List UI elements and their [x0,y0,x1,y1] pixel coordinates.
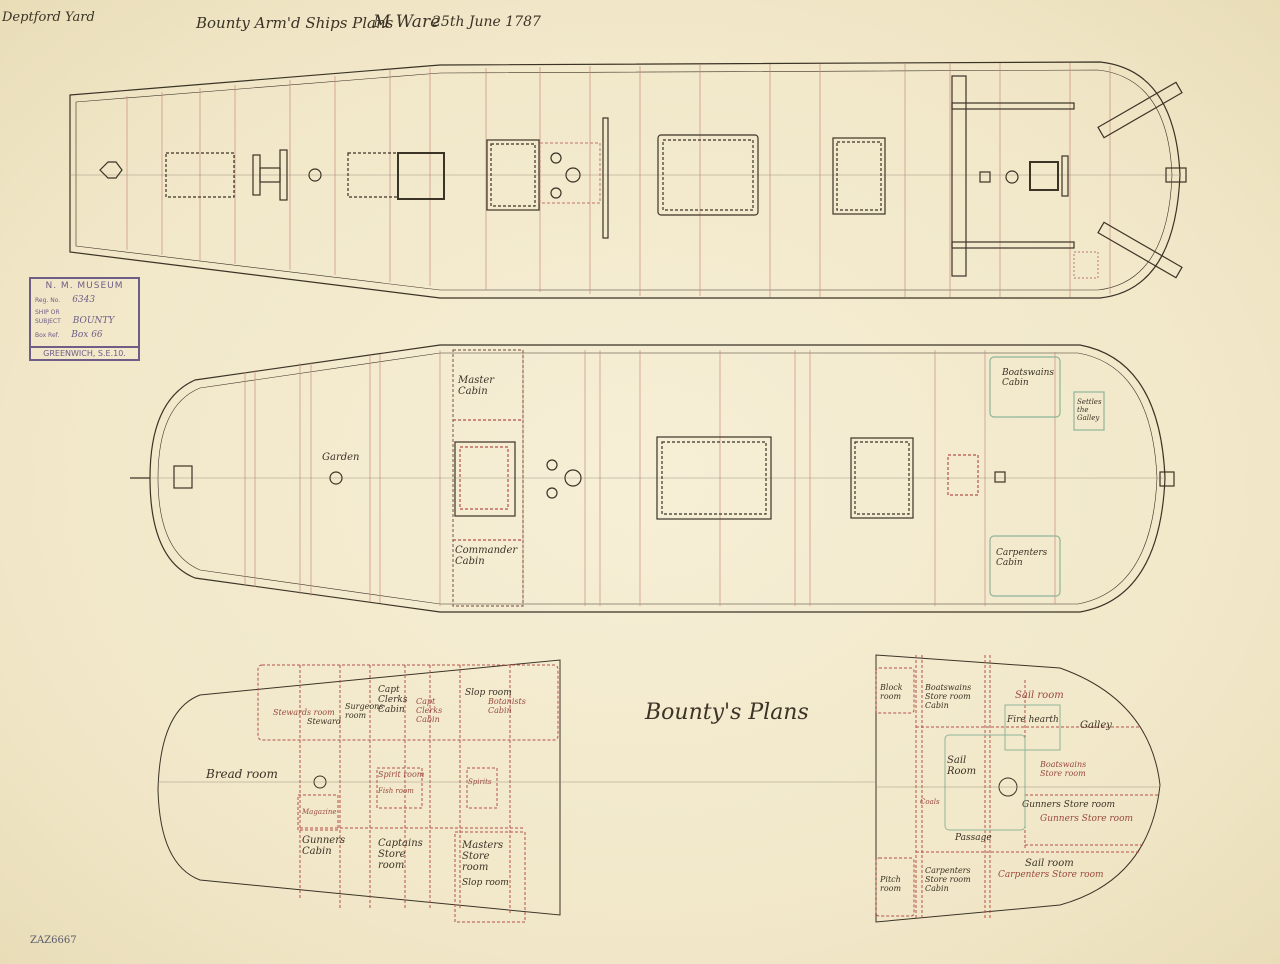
gunners-store-room-label: Gunners Store room [1022,800,1115,810]
passage-label: Passage [955,833,992,843]
carpenters-store-label: Carpenters Store room [998,870,1104,880]
catalogue-number: ZAZ6667 [30,935,77,946]
stamp-location: GREENWICH, S.E.10. [29,346,140,361]
stamp-reg-value: 6343 [72,295,95,305]
carpenters-store-room-label: Carpenters Store room Cabin [925,866,980,893]
museum-stamp: N. M. MUSEUM Reg. No.6343 SHIP OR SUBJEC… [29,277,140,361]
sail-room-low-label: Sail room [1025,858,1074,869]
boatswain-cabin-label: Boatswains Cabin [1002,368,1047,388]
stamp-ship-value: BOUNTY [73,316,115,326]
captains-store-room-label: Captains Store room [378,838,433,871]
sail-room-top-label: Sail room [1015,690,1064,701]
stamp-ship-label: SHIP OR SUBJECT [35,309,61,325]
signature: M Ware [373,12,440,32]
coals-label: Coals [920,798,940,806]
steward-room-label: Stewards room [273,708,335,717]
stamp-museum: N. M. MUSEUM [31,281,138,291]
stamp-box-value: Box 66 [71,330,102,340]
master-cabin-label: Master Cabin [458,375,498,397]
galley-label: Settles the Galley [1077,398,1105,422]
boatswains-store-room-label: Boatswains Store room Cabin [925,683,980,710]
spirits-label: Spirits [468,778,492,786]
gunners-cabin-label: Gunners Cabin [302,835,342,857]
stamp-reg-label: Reg. No. [35,297,60,304]
fire-hearth-label: Fire hearth [1007,715,1059,725]
capt-clerks-cabin-label-2: Capt Clerks Cabin [416,697,456,724]
stamp-box-label: Box Ref. [35,332,59,339]
sail-room-label: Sail Room [947,755,982,777]
date-label: 25th June 1787 [432,14,541,30]
bread-room-label: Bread room [206,767,278,781]
galley-label-hold: Galley [1080,720,1112,731]
block-room-label: Block room [880,683,912,701]
garden-label: Garden [322,452,360,463]
carpenter-cabin-label: Carpenters Cabin [996,548,1041,568]
bountys-plans-title: Bounty's Plans [645,700,809,725]
steward-label: Steward [307,717,341,726]
yard-label: Deptford Yard [2,10,95,25]
boatswains-store-label: Boatswains Store room [1040,760,1100,778]
slop-room-label-2: Slop room [462,878,509,888]
gunners-store-room-label-2: Gunners Store room [1040,814,1133,824]
upper-deck-plan [70,62,1186,298]
spirit-room-label: Spirit room [378,770,424,779]
botanists-cabin-label: Botanists Cabin [488,697,528,715]
magazine-label: Magazine [302,808,337,816]
fish-room-label: Fish room [378,787,414,795]
sheet-title: Bounty Arm'd Ships Plans [196,14,393,32]
surgeons-room-label: Surgeons room [345,702,380,720]
commander-cabin-label: Commander Cabin [455,545,510,567]
pitch-room-label: Pitch room [880,875,912,893]
masters-store-room-label: Masters Store room [462,840,517,873]
